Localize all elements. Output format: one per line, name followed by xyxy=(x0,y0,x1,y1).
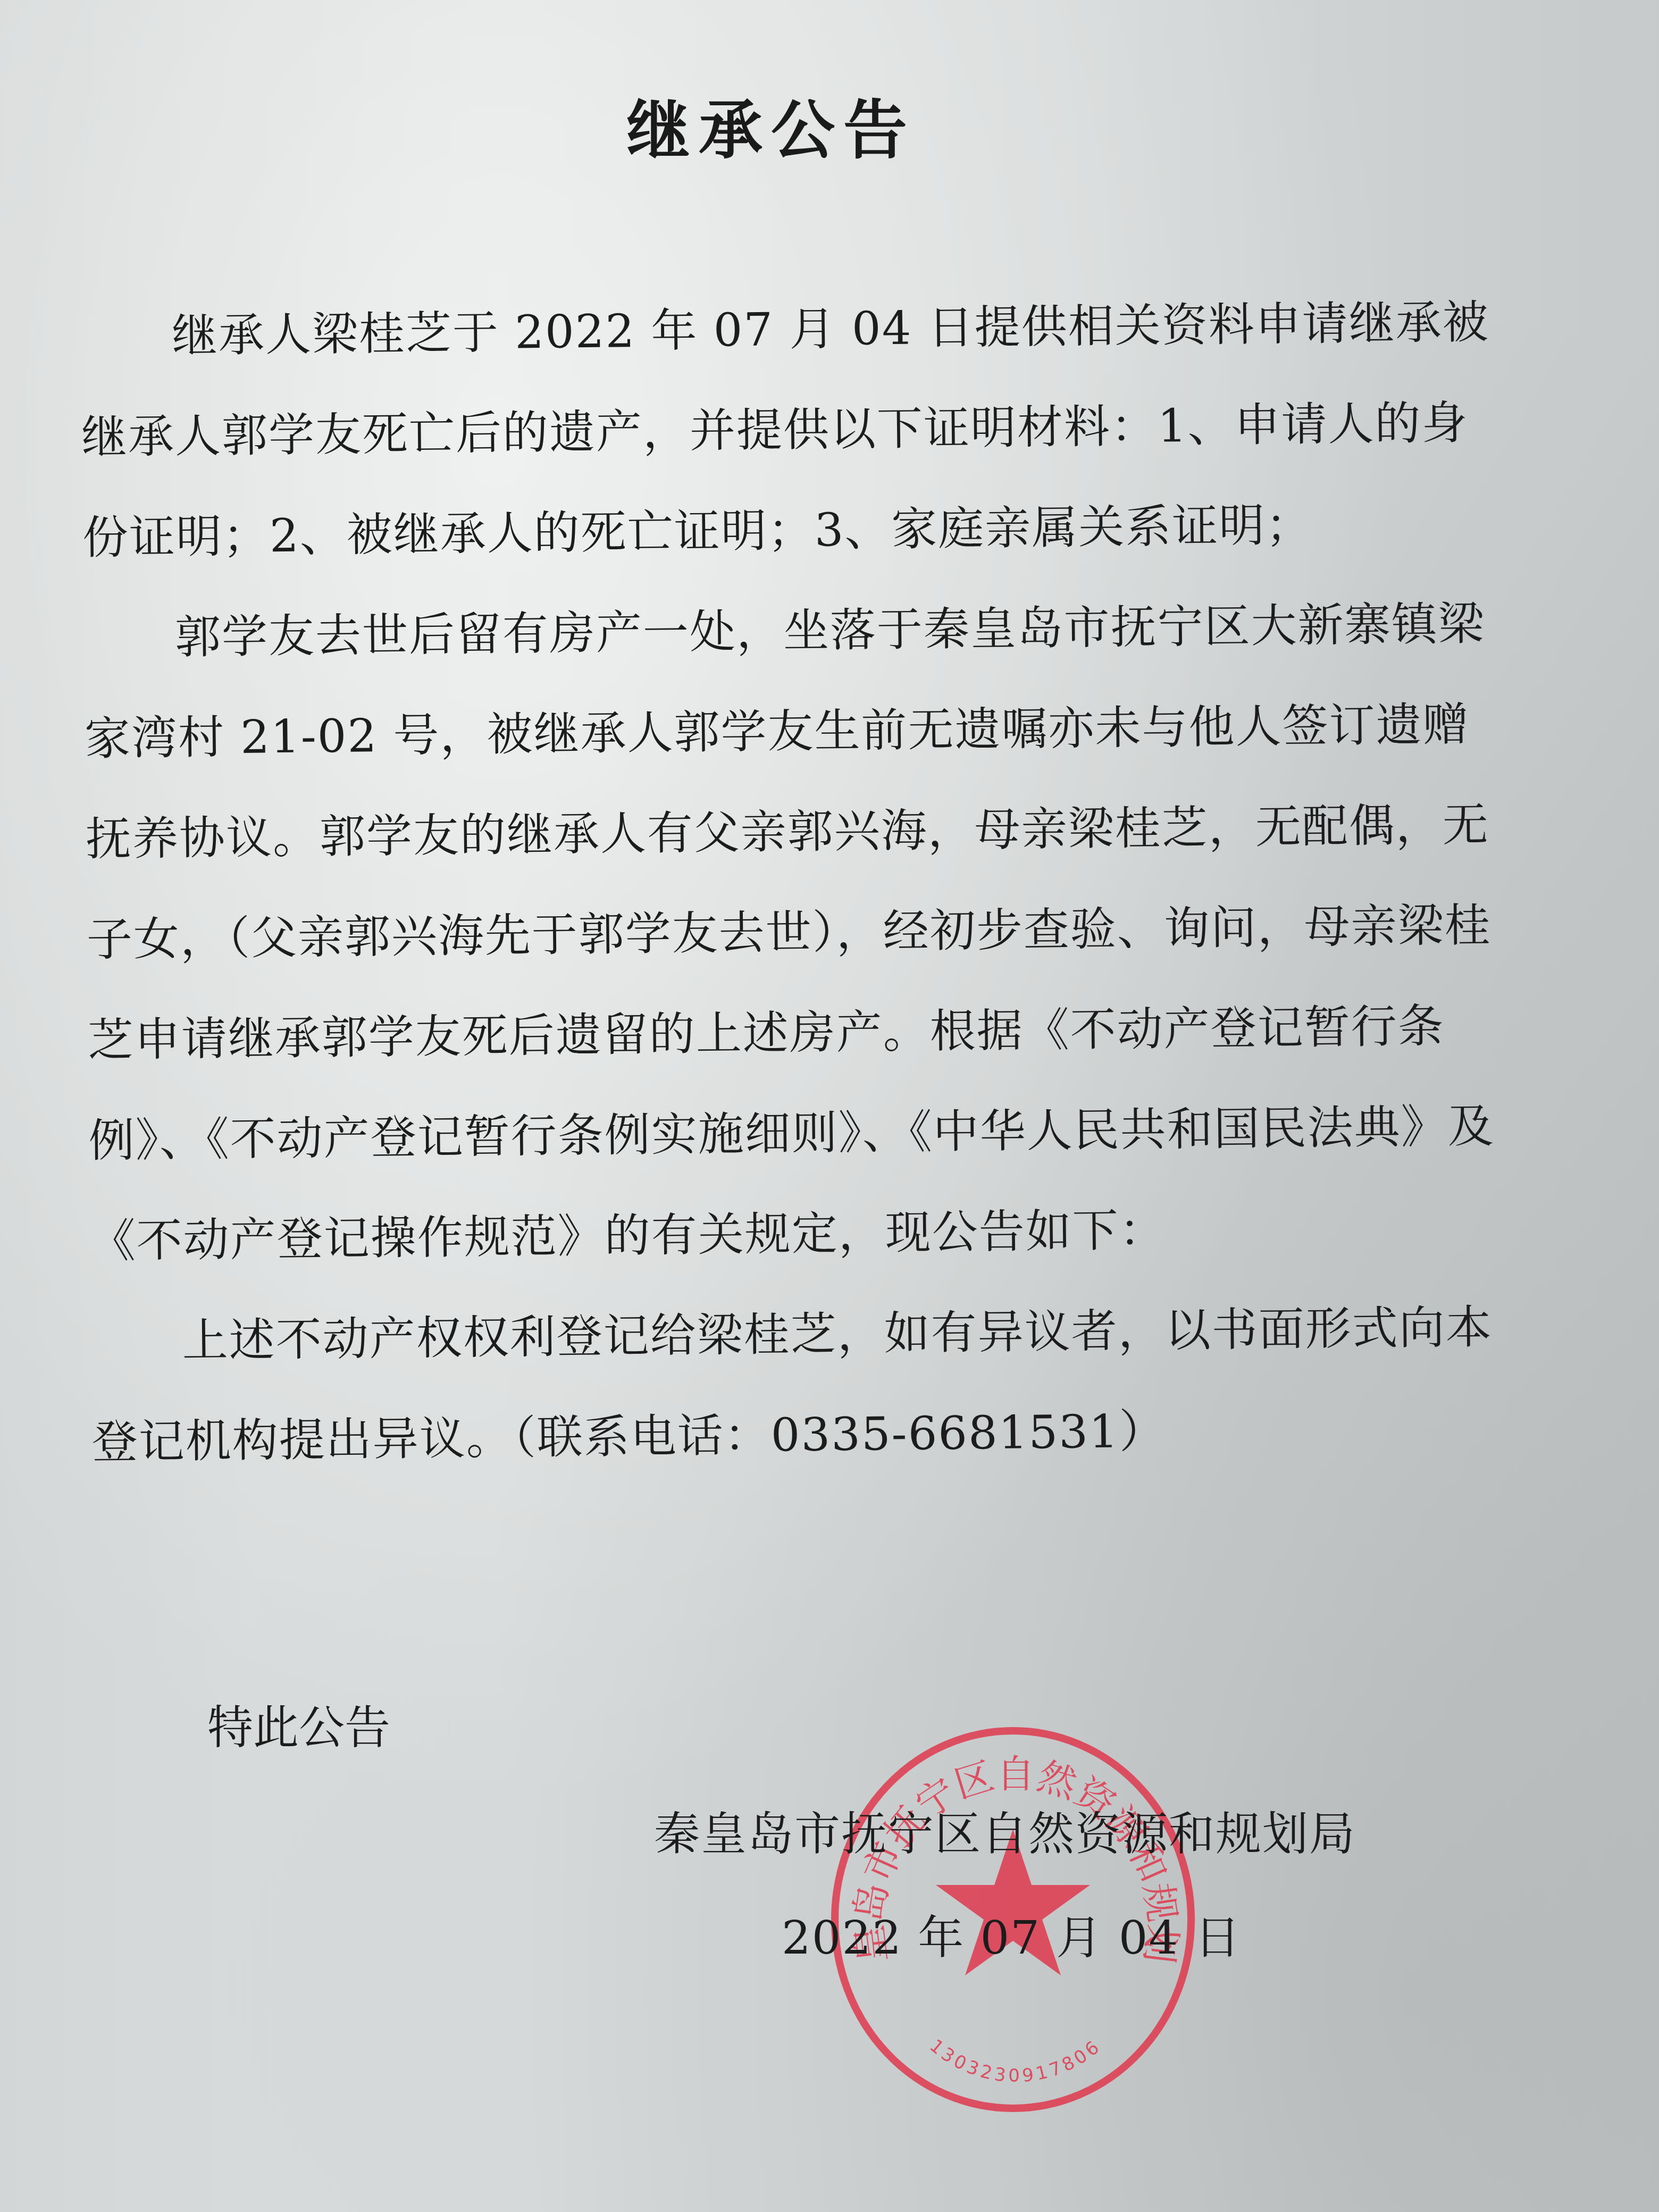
document-title: 继承公告 xyxy=(0,80,1542,171)
seal-serial-number: 1303230917806 xyxy=(926,2035,1106,2087)
issue-date: 2022 年 07 月 04 日 xyxy=(782,1901,1241,1967)
document-body: 继承人梁桂芝于 2022 年 07 月 04 日提供相关资料申请继承被继承人郭学… xyxy=(80,272,1512,1493)
paragraph-property-details: 郭学友去世后留有房产一处，坐落于秦皇岛市抚宁区大新寨镇梁家湾村 21-02 号，… xyxy=(83,574,1510,1292)
paper-sheet: 继承公告 继承人梁桂芝于 2022 年 07 月 04 日提供相关资料申请继承被… xyxy=(0,0,1659,2212)
closing-phrase: 特此公告 xyxy=(207,1691,390,1757)
issuing-agency: 秦皇岛市抚宁区自然资源和规划局 xyxy=(654,1797,1356,1863)
paragraph-objection-notice: 上述不动产权权利登记给梁桂芝，如有异议者，以书面形式向本登记机构提出异议。（联系… xyxy=(90,1277,1512,1493)
paragraph-application: 继承人梁桂芝于 2022 年 07 月 04 日提供相关资料申请继承被继承人郭学… xyxy=(80,272,1503,589)
